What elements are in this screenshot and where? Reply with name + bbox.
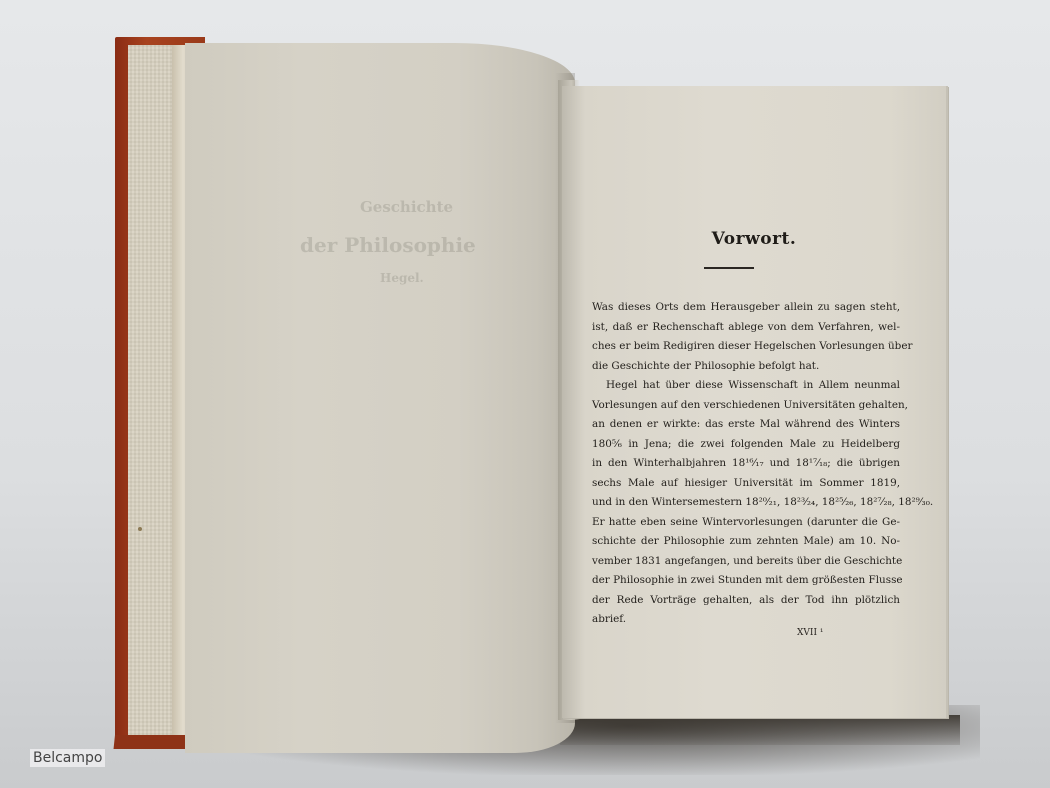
text-line: an denen er wirkte: das erste Mal währen… [592,415,900,435]
title-rule [704,267,754,269]
text-line: und in den Wintersemestern 18²⁰⁄₂₁, 18²³… [592,493,900,513]
page-title: Vorwort. [562,229,946,249]
right-page: Vorwort. Was dieses Orts dem Herausgeber… [562,86,948,718]
text-line: Was dieses Orts dem Herausgeber allein z… [592,298,900,318]
text-line: in den Winterhalbjahren 18¹⁶⁄₁₇ und 18¹⁷… [592,454,900,474]
page-shadow [560,715,960,745]
text-line: ches er beim Redigiren dieser Hegelschen… [592,337,900,357]
photo-credit-watermark: Belcampo [30,749,105,767]
left-page: Geschichte der Philosophie Hegel. [185,43,575,753]
paper-speck [138,527,142,531]
text-line: abrief. [592,610,900,630]
text-line: sechs Male auf hiesiger Universität im S… [592,474,900,494]
text-line: Vorlesungen auf den verschiedenen Univer… [592,396,900,416]
show-through-line: der Philosophie [300,233,476,257]
text-line: ist, daß er Rechenschaft ablege von dem … [592,318,900,338]
show-through-line: Geschichte [360,198,453,216]
text-line: vember 1831 angefangen, und bereits über… [592,552,900,572]
page-number: XVII ¹ [797,628,824,638]
text-line: schichte der Philosophie zum zehnten Mal… [592,532,900,552]
preface-text: Was dieses Orts dem Herausgeber allein z… [592,298,900,630]
show-through-line: Hegel. [380,271,424,285]
text-line: der Philosophie in zwei Stunden mit dem … [592,571,900,591]
text-line: der Rede Vorträge gehalten, als der Tod … [592,591,900,611]
text-line: Hegel hat über diese Wissenschaft in All… [592,376,900,396]
text-line: Er hatte eben seine Wintervorlesungen (d… [592,513,900,533]
text-line: 180⁵⁄₆ in Jena; die zwei folgenden Male … [592,435,900,455]
text-line: die Geschichte der Philosophie befolgt h… [592,357,900,377]
